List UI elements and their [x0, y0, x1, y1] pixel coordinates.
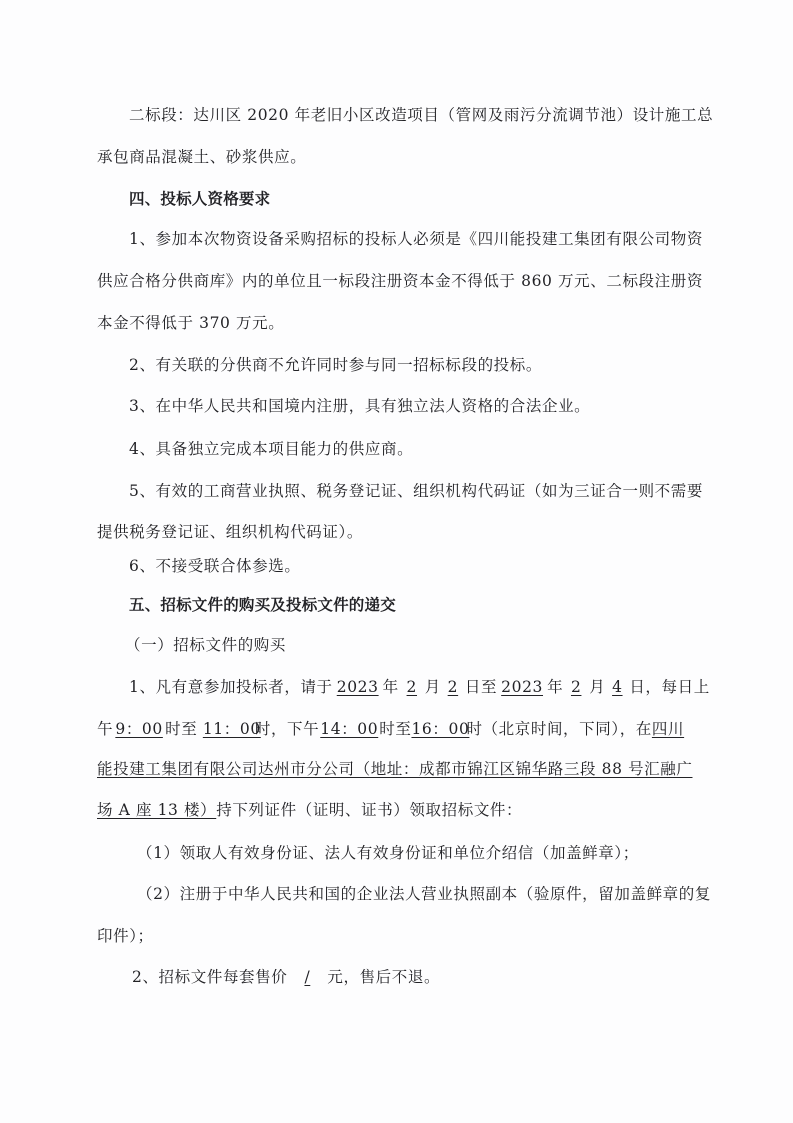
req-2: 2、有关联的分供商不允许同时参与同一招标标段的投标。 [129, 355, 739, 375]
document-requirement-1: （1）领取人有效身份证、法人有效身份证和单位介绍信（加盖鲜章）； [137, 843, 747, 863]
text: 时（北京时间，下同），在 [466, 720, 651, 738]
req-1-line-2: 供应合格分供商库》内的单位且一标段注册资本金不得低于 860 万元、二标段注册资 [97, 271, 707, 291]
text: 日至 [465, 678, 497, 696]
text: 元，售后不退。 [327, 968, 440, 986]
start-month: 2 [399, 677, 425, 697]
text: 年 [547, 678, 563, 696]
document-requirement-2-line-2: 印件）； [97, 926, 707, 946]
am-end-time: 11：00 [203, 719, 255, 739]
address-part-3: 场 A 座 13 楼） [97, 801, 216, 819]
lot2-line-1: 二标段：达川区 2020 年老旧小区改造项目（管网及雨污分流调节池）设计施工总 [129, 105, 739, 125]
end-year: 2023 [497, 677, 547, 697]
am-start-time: 9：00 [113, 719, 165, 739]
paragraph-text: 二标段：达川区 2020 年老旧小区改造项目（管网及雨污分流调节池）设计施工总 [129, 105, 713, 125]
text: 午 [97, 720, 113, 738]
pm-start-time: 14：00 [319, 719, 379, 739]
end-month: 2 [563, 677, 589, 697]
lot2-line-2: 承包商品混凝土、砂浆供应。 [97, 147, 707, 167]
pm-end-time: 16：00 [411, 719, 466, 739]
req-1-line-1: 1、参加本次物资设备采购招标的投标人必须是《四川能投建工集团有限公司物资 [129, 229, 739, 249]
text: 年 [383, 678, 399, 696]
text: 2、招标文件每套售价 [132, 968, 287, 986]
req-4: 4、具备独立完成本项目能力的供应商。 [129, 439, 739, 459]
address-part-2: 能投建工集团有限公司达州市分公司（地址：成都市锦江区锦华路三段 88 号汇融广 [97, 760, 692, 778]
req-6: 6、不接受联合体参选。 [129, 556, 739, 576]
purchase-item-1-line-4: 场 A 座 13 楼）持下列证件（证明、证书）领取招标文件： [97, 800, 707, 820]
text: 时至 [379, 720, 411, 738]
req-1-line-3: 本金不得低于 370 万元。 [97, 313, 707, 333]
text: 日，每日上 [629, 678, 710, 696]
purchase-item-1-line-3: 能投建工集团有限公司达州市分公司（地址：成都市锦江区锦华路三段 88 号汇融广 [97, 759, 707, 779]
req-5-line-1: 5、有效的工商营业执照、税务登记证、组织机构代码证（如为三证合一则不需要 [129, 481, 739, 501]
start-year: 2023 [333, 677, 383, 697]
purchase-item-1-line-1: 1、凡有意参加投标者，请于2023年2月2日至2023年2月4日，每日上 [129, 677, 739, 697]
address-part-1: 四川 [652, 720, 684, 738]
req-3: 3、在中华人民共和国境内注册，具有独立法人资格的合法企业。 [129, 396, 739, 416]
req-5-line-2: 提供税务登记证、组织机构代码证）。 [97, 522, 707, 542]
section-5-subheading: （一）招标文件的购买 [125, 635, 735, 655]
text: 持下列证件（证明、证书）领取招标文件： [216, 801, 522, 819]
purchase-item-1-line-2: 午9：00时至 11：00时，下午14：00时至16：00时（北京时间，下同），… [97, 719, 707, 739]
section-4-heading: 四、投标人资格要求 [129, 189, 739, 209]
text: 1、凡有意参加投标者，请于 [129, 678, 333, 696]
end-day: 4 [605, 677, 629, 697]
document-page: 二标段：达川区 2020 年老旧小区改造项目（管网及雨污分流调节池）设计施工总 … [0, 0, 793, 1123]
text: 时至 [165, 720, 197, 738]
document-requirement-2-line-1: （2）注册于中华人民共和国的企业法人营业执照副本（验原件，留加盖鲜章的复 [137, 884, 747, 904]
purchase-item-2: 2、招标文件每套售价/元，售后不退。 [132, 967, 742, 987]
start-day: 2 [441, 677, 465, 697]
text: 月 [589, 678, 605, 696]
text: 月 [425, 678, 441, 696]
document-price: / [287, 967, 327, 987]
section-5-heading: 五、招标文件的购买及投标文件的递交 [129, 595, 739, 615]
text: 时，下午 [255, 720, 319, 738]
